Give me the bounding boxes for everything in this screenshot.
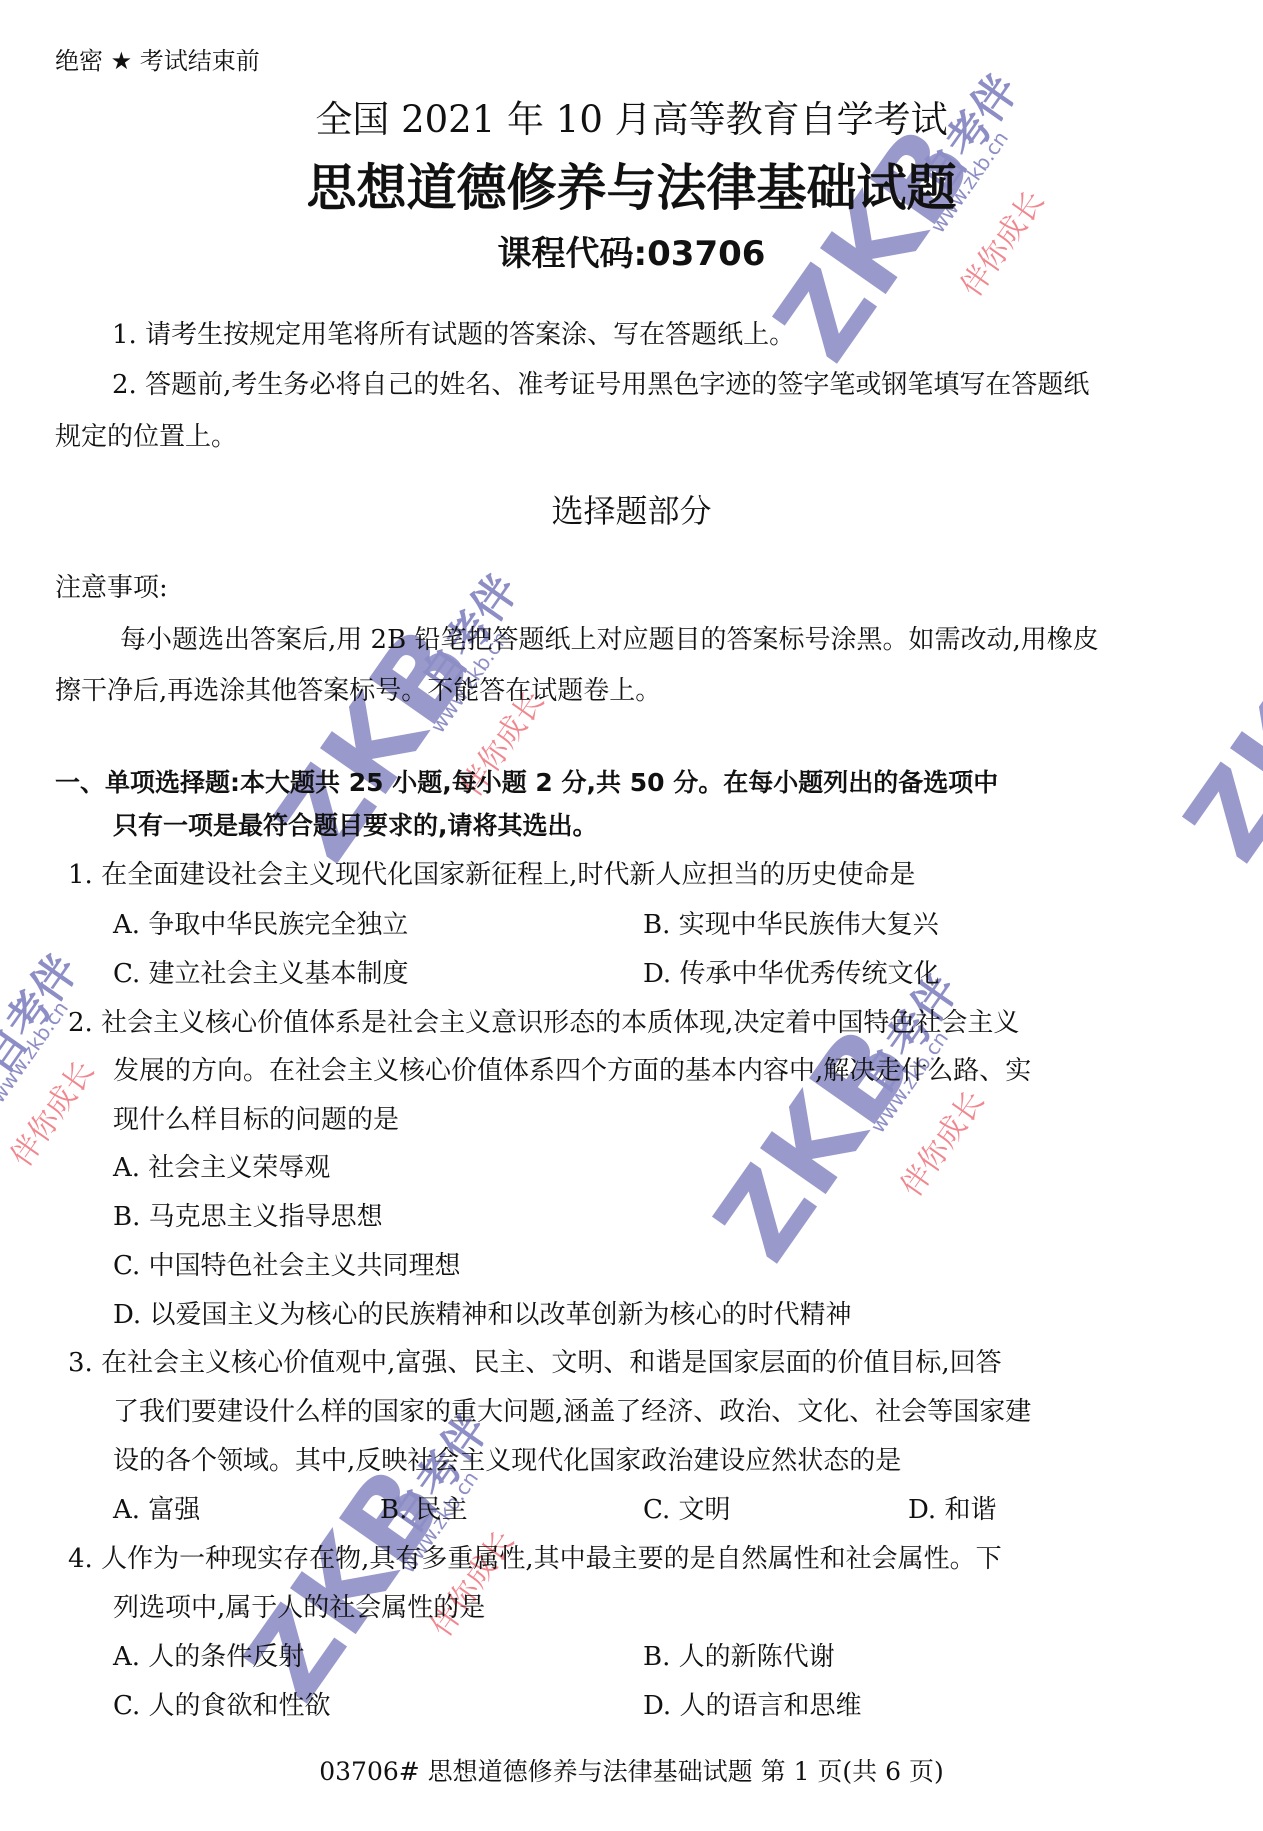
part1-heading: 一、单项选择题:本大题共 25 小题,每小题 2 分,共 50 分。在每小题列出… <box>55 768 998 798</box>
q2-option-b: B. 马克思主义指导思想 <box>113 1202 383 1232</box>
q4-option-d: D. 人的语言和思维 <box>643 1691 861 1721</box>
watermark-logo: ZKB <box>1161 605 1263 882</box>
instruction-1: 1. 请考生按规定用笔将所有试题的答案涂、写在答题纸上。 <box>112 320 795 350</box>
question-3-stem-3: 设的各个领域。其中,反映社会主义现代化国家政治建设应然状态的是 <box>113 1446 901 1476</box>
question-1-stem: 1. 在全面建设社会主义现代化国家新征程上,时代新人应担当的历史使命是 <box>68 860 915 890</box>
q3-option-c: C. 文明 <box>643 1495 731 1525</box>
q4-option-b: B. 人的新陈代谢 <box>643 1642 835 1672</box>
notes-label: 注意事项: <box>55 573 168 603</box>
notes-text-cont: 擦干净后,再选涂其他答案标号。不能答在试题卷上。 <box>55 676 661 706</box>
watermark-logo: ZKB <box>221 1445 469 1722</box>
secrecy-label: 绝密 ★ 考试结束前 <box>55 46 260 76</box>
question-3-stem: 3. 在社会主义核心价值观中,富强、民主、文明、和谐是国家层面的价值目标,回答 <box>68 1348 1002 1378</box>
q1-option-a: A. 争取中华民族完全独立 <box>113 910 408 940</box>
q3-option-a: A. 富强 <box>113 1495 200 1525</box>
instruction-2-cont: 规定的位置上。 <box>55 422 237 452</box>
q1-option-b: B. 实现中华民族伟大复兴 <box>643 910 939 940</box>
watermark-url: www.zkb.cn <box>0 997 73 1108</box>
q4-option-c: C. 人的食欲和性欲 <box>113 1691 331 1721</box>
question-2-stem-3: 现什么样目标的问题的是 <box>113 1105 399 1135</box>
course-code: 课程代码:03706 <box>0 234 1263 274</box>
q4-option-a: A. 人的条件反射 <box>113 1642 304 1672</box>
watermark-6: ZKB <box>1160 580 1263 880</box>
watermark-3: ZKB 自考伴 www.zkb.cn 伴你成长 <box>680 940 1060 1270</box>
question-4-stem-2: 列选项中,属于人的社会属性的是 <box>113 1593 485 1623</box>
watermark-slogan: 伴你成长 <box>0 1050 102 1174</box>
part1-heading-cont: 只有一项是最符合题目要求的,请将其选出。 <box>113 811 598 841</box>
notes-text: 每小题选出答案后,用 2B 铅笔把答题纸上对应题目的答案标号涂黑。如需改动,用橡… <box>120 625 1099 655</box>
watermark-slogan: 伴你成长 <box>888 1080 993 1204</box>
section-title: 选择题部分 <box>0 492 1263 530</box>
q2-option-a: A. 社会主义荣辱观 <box>113 1153 330 1183</box>
question-4-stem: 4. 人作为一种现实存在物,具有多重属性,其中最主要的是自然属性和社会属性。下 <box>68 1544 1002 1574</box>
watermark-logo: ZKB <box>691 1005 939 1282</box>
question-3-stem-2: 了我们要建设什么样的国家的重大问题,涵盖了经济、政治、文化、社会等国家建 <box>113 1397 1031 1427</box>
q2-option-d: D. 以爱国主义为核心的民族精神和以改革创新为核心的时代精神 <box>113 1300 851 1330</box>
exam-title: 全国 2021 年 10 月高等教育自学考试 <box>0 98 1263 142</box>
question-2-stem-2: 发展的方向。在社会主义核心价值体系四个方面的基本内容中,解决走什么路、实 <box>113 1056 1031 1086</box>
q2-option-c: C. 中国特色社会主义共同理想 <box>113 1251 461 1281</box>
q1-option-d: D. 传承中华优秀传统文化 <box>643 959 939 989</box>
paper-title: 思想道德修养与法律基础试题 <box>0 158 1263 218</box>
q3-option-d: D. 和谐 <box>908 1495 996 1525</box>
page-footer: 03706# 思想道德修养与法律基础试题 第 1 页(共 6 页) <box>0 1757 1263 1787</box>
q3-option-b: B. 民主 <box>380 1495 468 1525</box>
question-2-stem: 2. 社会主义核心价值体系是社会主义意识形态的本质体现,决定着中国特色社会主义 <box>68 1008 1019 1038</box>
watermark-slogan: 伴你成长 <box>418 1520 523 1644</box>
q1-option-c: C. 建立社会主义基本制度 <box>113 959 409 989</box>
instruction-2: 2. 答题前,考生务必将自己的姓名、准考证号用黑色字迹的签字笔或钢笔填写在答题纸 <box>112 370 1089 400</box>
